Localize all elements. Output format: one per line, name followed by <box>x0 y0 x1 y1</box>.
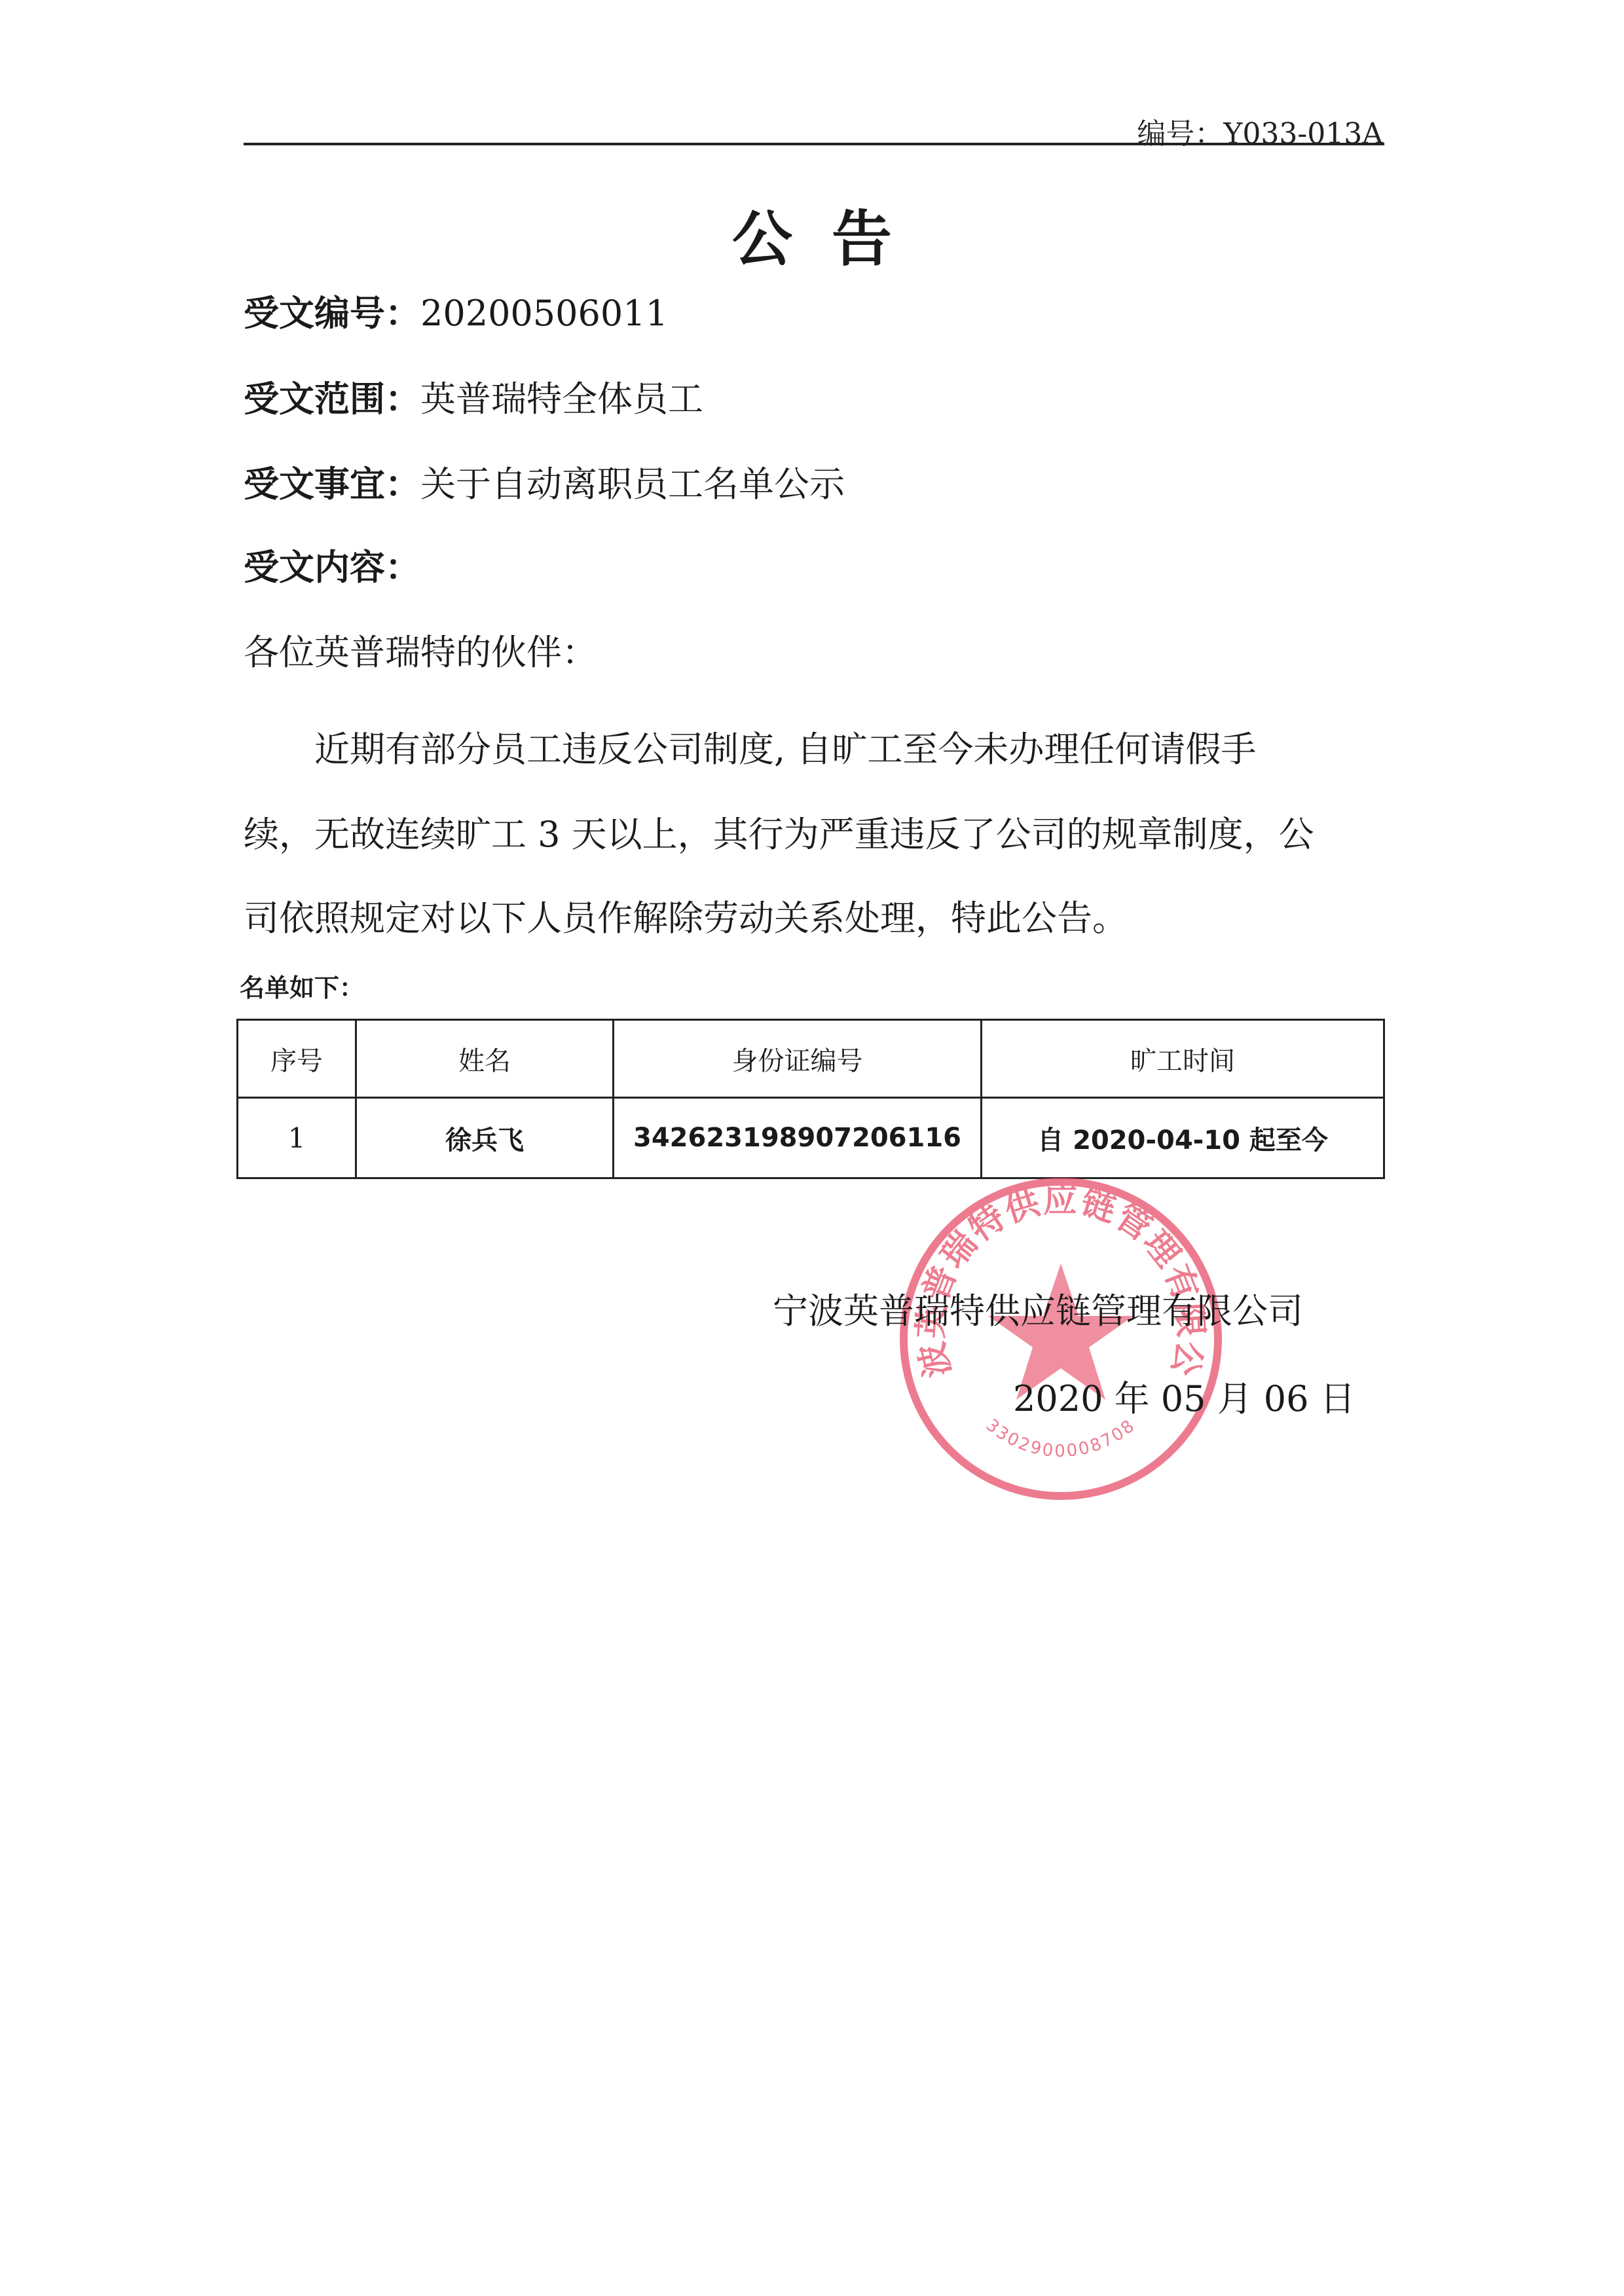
field-label: 受文事宜： <box>244 464 420 505</box>
column-header-id: 身份证编号 <box>614 1020 982 1098</box>
document-number-value: Y033-013A <box>1223 117 1383 151</box>
company-seal-icon: 宁波英普瑞特供应链管理有限公司 3302900008708 <box>894 1172 1228 1506</box>
field-subject: 受文事宜：关于自动离职员工名单公示 <box>244 462 845 507</box>
document-number-label: 编号： <box>1137 117 1223 151</box>
signature-date: 2020 年 05 月 06 日 <box>1013 1371 1356 1421</box>
column-header-seq: 序号 <box>238 1020 356 1098</box>
signature-company: 宁波英普瑞特供应链管理有限公司 <box>773 1283 1303 1334</box>
paragraph-line: 司依照规定对以下人员作解除劳动关系处理，特此公告。 <box>244 896 1128 941</box>
list-intro: 名单如下： <box>240 968 364 1004</box>
field-value: 英普瑞特全体员工 <box>420 378 703 420</box>
cell-seq: 1 <box>238 1098 356 1178</box>
document-number: 编号：Y033-013A <box>1137 110 1383 152</box>
cell-name: 徐兵飞 <box>356 1098 614 1178</box>
field-scope: 受文范围：英普瑞特全体员工 <box>244 376 703 422</box>
field-label: 受文编号： <box>244 293 420 334</box>
column-header-name: 姓名 <box>356 1020 614 1098</box>
field-content: 受文内容： <box>244 545 420 591</box>
seal-code: 3302900008708 <box>982 1415 1140 1461</box>
field-label: 受文范围： <box>244 378 420 420</box>
page-title: 公告 <box>0 191 1624 278</box>
cell-absence-period: 自 2020-04-10 起至今 <box>982 1098 1384 1178</box>
field-doc-number: 受文编号：20200506011 <box>244 291 668 337</box>
paragraph-line: 近期有部分员工违反公司制度, 自旷工至今未办理任何请假手 <box>314 727 1256 773</box>
table-row: 1 徐兵飞 342623198907206116 自 2020-04-10 起至… <box>238 1098 1384 1178</box>
cell-id-number: 342623198907206116 <box>614 1098 982 1178</box>
field-value: 关于自动离职员工名单公示 <box>420 464 845 505</box>
dismissal-table: 序号 姓名 身份证编号 旷工时间 1 徐兵飞 34262319890720611… <box>236 1019 1385 1179</box>
field-value: 20200506011 <box>420 293 668 334</box>
paragraph-line: 续，无故连续旷工 3 天以上，其行为严重违反了公司的规章制度，公 <box>244 812 1314 858</box>
svg-text:3302900008708: 3302900008708 <box>982 1415 1140 1461</box>
table-header-row: 序号 姓名 身份证编号 旷工时间 <box>238 1020 1384 1098</box>
column-header-absence: 旷工时间 <box>982 1020 1384 1098</box>
field-label: 受文内容： <box>244 547 420 588</box>
header-rule <box>244 143 1384 145</box>
salutation: 各位英普瑞特的伙伴： <box>244 630 597 676</box>
